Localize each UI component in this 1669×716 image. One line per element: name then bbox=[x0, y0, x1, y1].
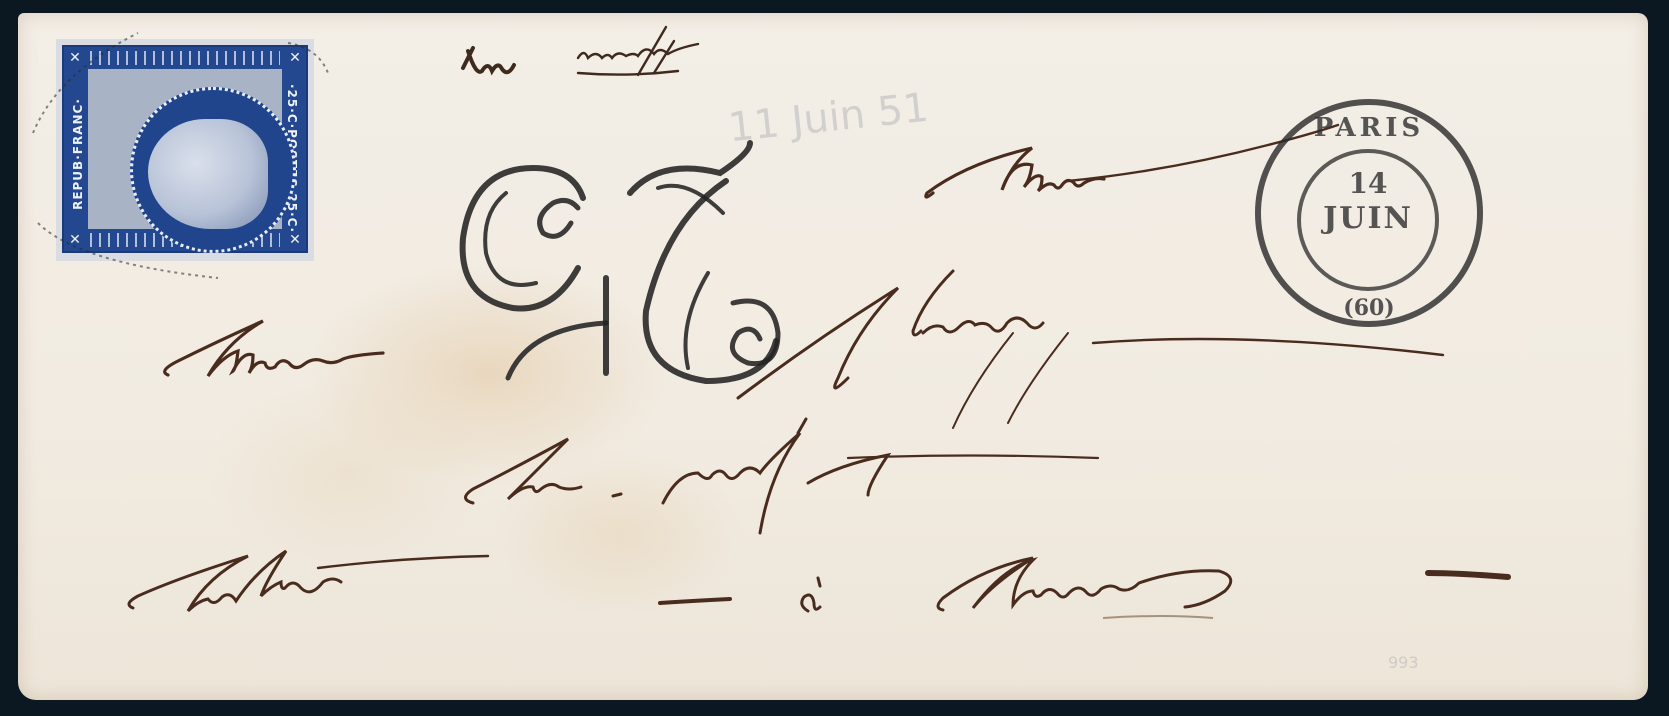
postmark-month: JUIN bbox=[1301, 201, 1435, 236]
grid-cancel bbox=[33, 33, 328, 278]
faint-underline bbox=[1103, 616, 1213, 618]
address-title bbox=[466, 419, 1099, 533]
postmark-inner-ring: 14 JUIN bbox=[1297, 149, 1439, 291]
postmark-code: (60) bbox=[1261, 295, 1477, 321]
envelope: 11 Juin 51 ✕ ✕ ✕ ✕ REPUB·FRANC· ·25·C·PO… bbox=[18, 13, 1648, 700]
address-city bbox=[660, 558, 1508, 611]
postmark-day: 14 bbox=[1301, 167, 1435, 200]
postmark-city: PARIS bbox=[1261, 113, 1477, 143]
tax-handstamp-25 bbox=[463, 143, 778, 381]
postmark-cds: PARIS 14 JUIN (60) bbox=[1255, 99, 1483, 327]
pencil-corner-note: 993 bbox=[1388, 653, 1419, 672]
